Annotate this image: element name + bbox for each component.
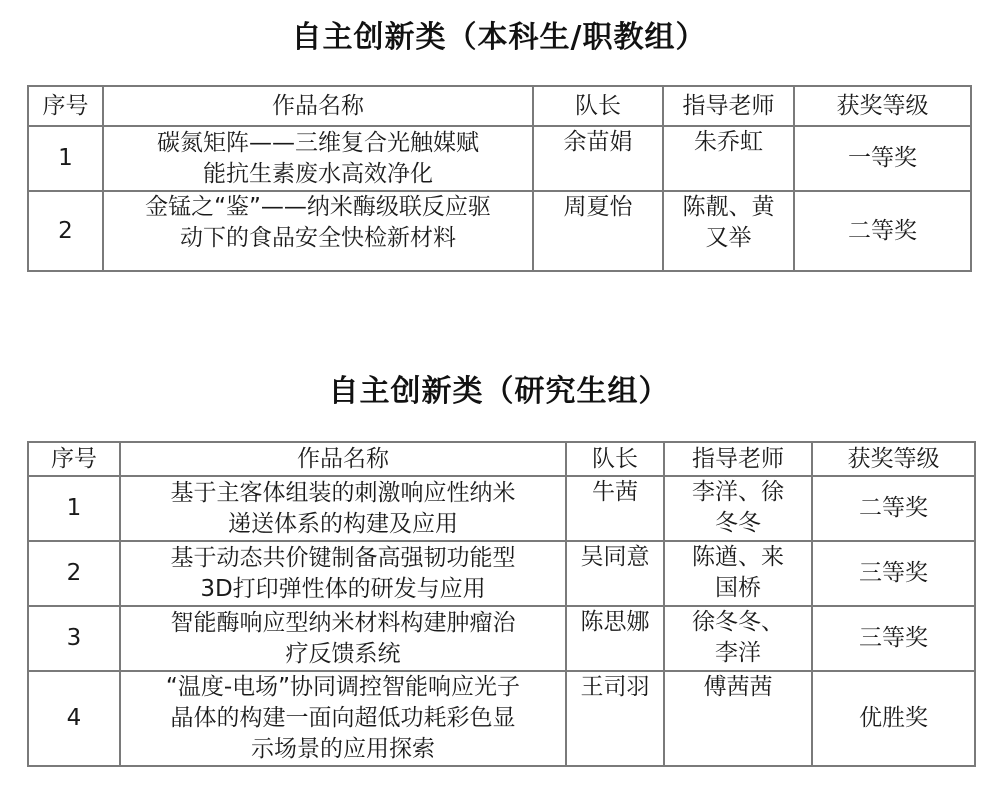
row-advisor: 陈遒、来 国桥	[664, 541, 812, 606]
row-no: 1	[28, 126, 103, 191]
row-award: 三等奖	[812, 606, 975, 671]
row-award: 一等奖	[794, 126, 971, 191]
row-award: 二等奖	[794, 191, 971, 271]
row-no: 3	[28, 606, 120, 671]
header-project-name: 作品名称	[120, 442, 566, 476]
row-project-name: 金锰之“鉴”——纳米酶级联反应驱 动下的食品安全快检新材料	[103, 191, 533, 271]
table-row: 2 金锰之“鉴”——纳米酶级联反应驱 动下的食品安全快检新材料 周夏怡 陈靓、黄…	[28, 191, 971, 271]
row-project-name: 碳氮矩阵——三维复合光触媒赋 能抗生素废水高效净化	[103, 126, 533, 191]
header-advisor: 指导老师	[663, 86, 794, 126]
row-no: 1	[28, 476, 120, 541]
row-advisor: 陈靓、黄 又举	[663, 191, 794, 271]
row-leader: 余苗娟	[533, 126, 663, 191]
row-leader: 王司羽	[566, 671, 664, 766]
section-title-undergraduate: 自主创新类（本科生/职教组）	[0, 12, 998, 56]
header-advisor: 指导老师	[664, 442, 812, 476]
row-project-name: 基于动态共价键制备高强韧功能型 3D打印弹性体的研发与应用	[120, 541, 566, 606]
row-no: 2	[28, 191, 103, 271]
header-no: 序号	[28, 86, 103, 126]
graduate-awards-table: 序号 作品名称 队长 指导老师 获奖等级 1 基于主客体组装的刺激响应性纳米 递…	[27, 441, 976, 767]
header-leader: 队长	[566, 442, 664, 476]
header-award-level: 获奖等级	[794, 86, 971, 126]
row-advisor: 徐冬冬、 李洋	[664, 606, 812, 671]
table-row: 1 碳氮矩阵——三维复合光触媒赋 能抗生素废水高效净化 余苗娟 朱乔虹 一等奖	[28, 126, 971, 191]
row-advisor: 朱乔虹	[663, 126, 794, 191]
header-award-level: 获奖等级	[812, 442, 975, 476]
row-advisor: 李洋、徐 冬冬	[664, 476, 812, 541]
table-row: 3 智能酶响应型纳米材料构建肿瘤治 疗反馈系统 陈思娜 徐冬冬、 李洋 三等奖	[28, 606, 975, 671]
header-leader: 队长	[533, 86, 663, 126]
row-leader: 吴同意	[566, 541, 664, 606]
row-award: 三等奖	[812, 541, 975, 606]
row-award: 优胜奖	[812, 671, 975, 766]
row-advisor: 傅茜茜	[664, 671, 812, 766]
row-no: 4	[28, 671, 120, 766]
row-project-name: 智能酶响应型纳米材料构建肿瘤治 疗反馈系统	[120, 606, 566, 671]
table-row: 4 “温度-电场”协同调控智能响应光子 晶体的构建一面向超低功耗彩色显 示场景的…	[28, 671, 975, 766]
header-project-name: 作品名称	[103, 86, 533, 126]
row-leader: 牛茜	[566, 476, 664, 541]
row-leader: 周夏怡	[533, 191, 663, 271]
table-header-row: 序号 作品名称 队长 指导老师 获奖等级	[28, 86, 971, 126]
row-project-name: 基于主客体组装的刺激响应性纳米 递送体系的构建及应用	[120, 476, 566, 541]
row-project-name: “温度-电场”协同调控智能响应光子 晶体的构建一面向超低功耗彩色显 示场景的应用…	[120, 671, 566, 766]
table-row: 2 基于动态共价键制备高强韧功能型 3D打印弹性体的研发与应用 吴同意 陈遒、来…	[28, 541, 975, 606]
table-row: 1 基于主客体组装的刺激响应性纳米 递送体系的构建及应用 牛茜 李洋、徐 冬冬 …	[28, 476, 975, 541]
row-no: 2	[28, 541, 120, 606]
row-award: 二等奖	[812, 476, 975, 541]
undergraduate-awards-table: 序号 作品名称 队长 指导老师 获奖等级 1 碳氮矩阵——三维复合光触媒赋 能抗…	[27, 85, 972, 272]
header-no: 序号	[28, 442, 120, 476]
section-title-graduate: 自主创新类（研究生组）	[0, 366, 998, 410]
table-header-row: 序号 作品名称 队长 指导老师 获奖等级	[28, 442, 975, 476]
row-leader: 陈思娜	[566, 606, 664, 671]
